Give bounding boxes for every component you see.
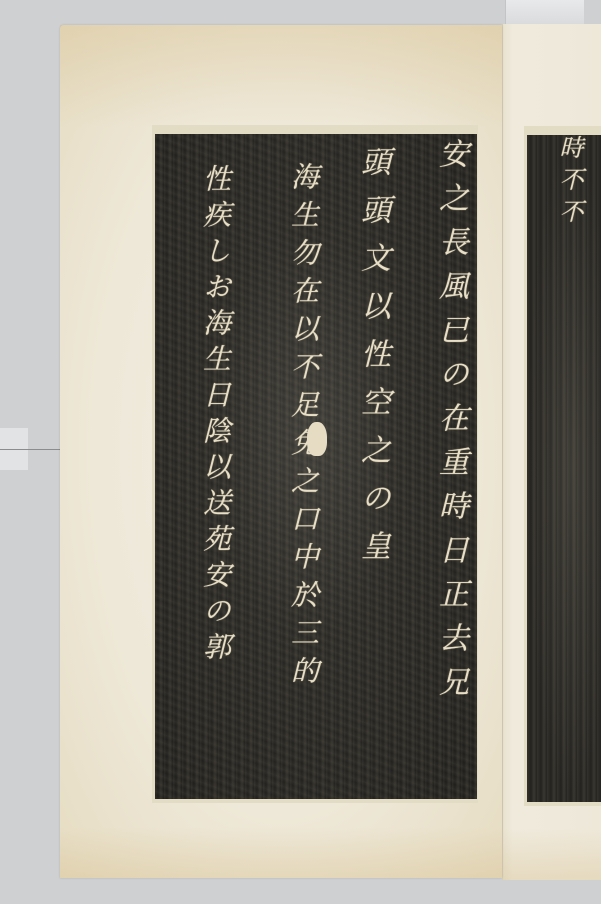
right-rubbing-panel: 時不不 bbox=[527, 135, 601, 802]
rubbing-panel: 安之長風已の在重時日正去兄 頭頭文以性空之の皇 海生勿在以不足免之口中於三的 性… bbox=[155, 134, 477, 799]
calligraphy-column: 頭頭文以性空之の皇 bbox=[357, 146, 387, 578]
calligraphy-column: 安之長風已の在重時日正去兄 bbox=[435, 138, 465, 710]
calligraphy-column: 性疾しお海生日陰以送苑安の郭 bbox=[201, 164, 229, 668]
paper-tab bbox=[505, 0, 584, 26]
calligraphy-column: 時不不 bbox=[557, 135, 581, 231]
background-line bbox=[0, 449, 62, 450]
stone-hole-mark bbox=[307, 422, 327, 456]
